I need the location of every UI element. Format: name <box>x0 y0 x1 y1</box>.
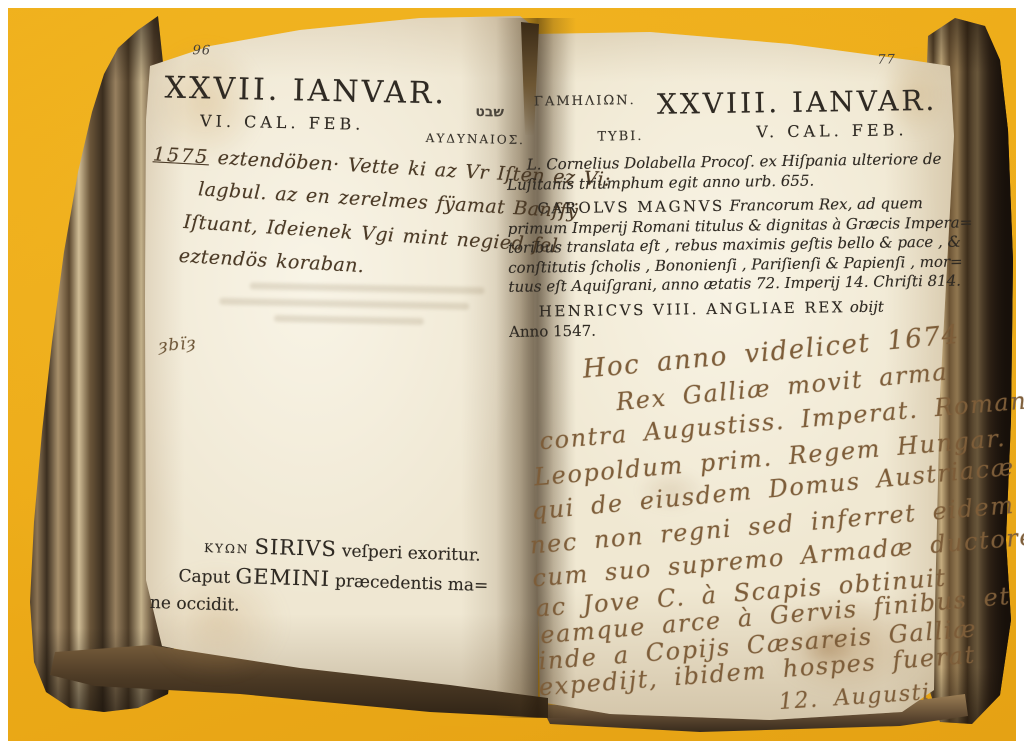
person-name: CAROLVS MAGNVS <box>537 197 725 218</box>
left-page-content: 96 XXVII. IANVAR. VI. CAL. FEB. שבט ΑΥΔΥ… <box>126 28 540 696</box>
historical-entry-carolus: CAROLVS MAGNVS Francorum Rex, ad quem pr… <box>507 194 932 297</box>
greek-word: ΚΥΩΝ <box>204 541 250 556</box>
star-name: SIRIVS <box>254 535 337 562</box>
page-number: 96 <box>192 43 211 58</box>
astronomy-note-line: Caput GEMINI præcedentis ma= <box>178 562 489 596</box>
person-name: HENRICVS VIII. ANGLIAE REX <box>539 298 845 320</box>
ink-mark: ȝbïȝ <box>158 333 198 356</box>
day-heading: XXVII. IANVAR. <box>164 71 447 112</box>
calendar-subheading: V. CAL. FEB. <box>756 120 907 141</box>
page-showthrough <box>219 282 500 336</box>
astronomy-note-line: ne occidit. <box>150 593 240 616</box>
calendar-subheading: VI. CAL. FEB. <box>200 111 365 133</box>
manuscript-year: 1575 <box>152 143 209 168</box>
manuscript-line: eztendös koraban. <box>178 245 365 277</box>
manuscript-date-line: 12. Augusti <box>778 680 931 715</box>
right-page-content: ΓΑΜΗΛΙΩΝ. ΤΥΒΙ. 77 XXVIII. IANVAR. V. CA… <box>497 32 962 733</box>
historical-entry-dolabella: L. Cornelius Dolabella Procoſ. ex Hiſpan… <box>507 150 932 195</box>
constellation-name: GEMINI <box>235 564 330 591</box>
astronomy-note-line: ΚΥΩΝ SIRIVS veſperi exoritur. <box>204 533 481 566</box>
greek-month-label: ΓΑΜΗΛΙΩΝ. <box>534 93 636 109</box>
day-heading: XXVIII. IANVAR. <box>657 84 938 121</box>
egyptian-month-label: ΤΥΒΙ. <box>597 129 643 145</box>
page-number: 77 <box>877 52 896 67</box>
